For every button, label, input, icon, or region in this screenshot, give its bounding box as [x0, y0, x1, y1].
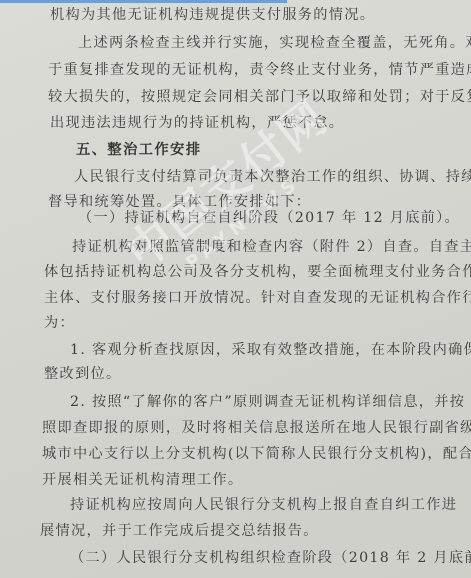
section-heading: 五、整治工作安排: [76, 140, 202, 160]
text-line: 展情况，并于工作完成后提交总结报告。: [40, 521, 319, 541]
text-line: 上述两条检查主线并行实施，实现检查全覆盖，无死角。对: [78, 33, 471, 53]
text-line: 机构为其他无证机构违规提供支付服务的情况。: [50, 5, 375, 25]
text-line: 为：: [44, 313, 75, 333]
text-line: 出现违法违规行为的持证机构，严惩不怠。: [50, 113, 344, 133]
subsection-heading: （一）持证机构自查自纠阶段（2017 年 12 月底前）。: [78, 208, 460, 228]
text-line: 持证机构应按周向人民银行分支机构上报自查自纠工作进: [70, 495, 457, 515]
text-line: 城市中心支行以上分支机构(以下简称人民银行分支机构)，配合: [42, 444, 471, 464]
text-line: 主体、支付服务接口开放情况。针对自查发现的无证机构合作行: [44, 288, 471, 308]
text-line: 于重复排查发现的无证机构，责令终止支付业务，情节严重造成: [48, 60, 471, 80]
text-line: 开展相关无证机构清理工作。: [42, 470, 243, 490]
document-photo: 机构为其他无证机构违规提供支付服务的情况。 上述两条检查主线并行实施，实现检查全…: [0, 0, 471, 578]
text-line: 持证机构对照监管制度和检查内容（附件 2）自查。自查主: [72, 237, 471, 257]
text-line: 整改到位。: [44, 364, 121, 384]
list-item: 1. 客观分析查找原因，采取有效整改措施，在本阶段内确保: [70, 340, 471, 360]
text-line: 照即查即报的原则，及时将相关信息报送所在地人民银行副省级: [42, 418, 471, 438]
text-line: 较大损失的，按照规定会同相关部门予以取缔和处罚；对于反复: [48, 87, 471, 107]
list-item: 2. 按照“了解你的客户”原则调查无证机构详细信息，并按: [70, 392, 465, 412]
text-line: 体包括持证机构总公司及各分支机构，要全面梳理支付业务合作: [44, 262, 471, 282]
subsection-heading: （二）人民银行分支机构组织检查阶段（2018 年 2 月底前）。: [70, 548, 471, 568]
text-line: 人民银行支付结算司负责本次整治工作的组织、协调、持续: [74, 167, 471, 187]
